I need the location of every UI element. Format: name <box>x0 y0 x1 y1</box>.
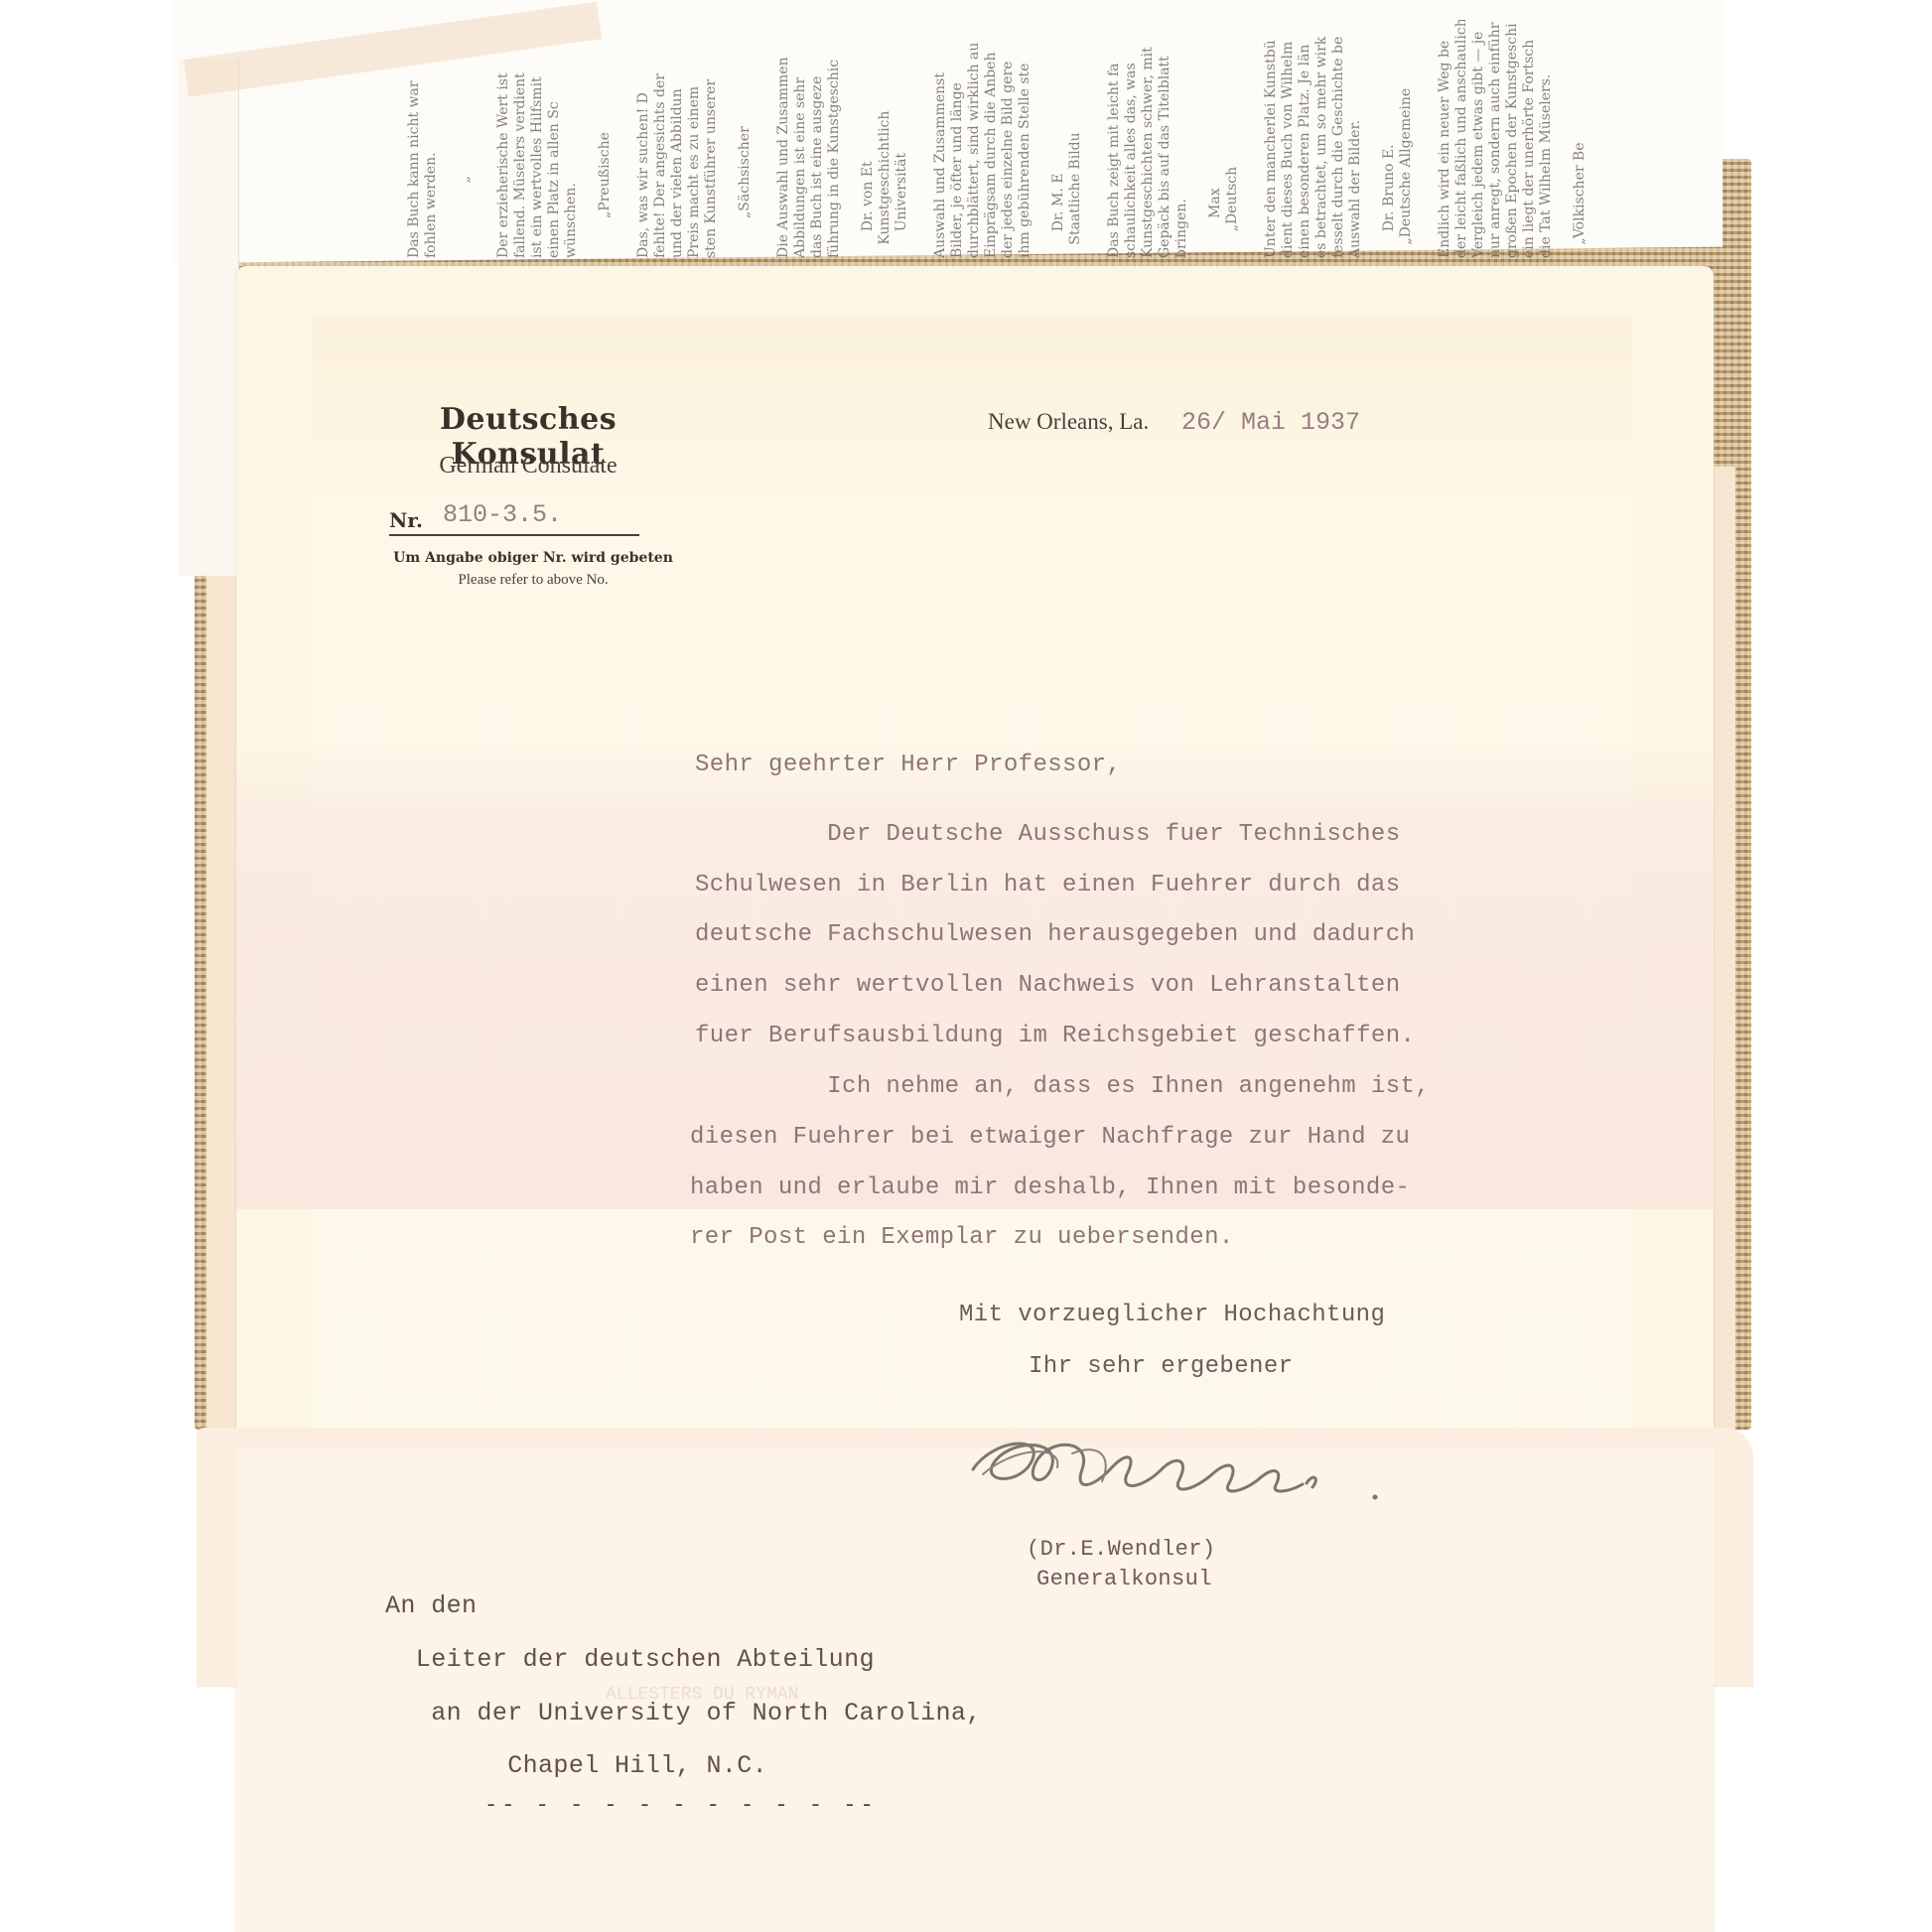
clipping-column: Unter den mancherlei Kunstbü dient diese… <box>1263 20 1415 258</box>
body-line: haben und erlaube mir deshalb, Ihnen mit… <box>690 1174 1410 1201</box>
clipping-column: Das, was wir suchen! D fehlte! Der anges… <box>635 20 754 258</box>
handwritten-signature <box>963 1430 1400 1519</box>
closing-line: Ihr sehr ergebener <box>1029 1353 1293 1380</box>
reference-note-german: Um Angabe obiger Nr. wird gebeten <box>359 550 707 566</box>
letter-lower-panel <box>236 1448 1714 1932</box>
address-line: Leiter der deutschen Abteilung <box>385 1645 875 1674</box>
address-underline: -- - - - - - - - - - -- <box>484 1793 878 1818</box>
body-line: diesen Fuehrer bei etwaiger Nachfrage zu… <box>690 1124 1410 1151</box>
clipping-left-edge <box>179 60 239 576</box>
clipping-column: Endlich wird ein neuer Weg be der leicht… <box>1437 20 1588 258</box>
address-line: Chapel Hill, N.C. <box>385 1751 767 1780</box>
reference-number-rule <box>389 534 639 536</box>
body-line: rer Post ein Exemplar zu uebersenden. <box>690 1224 1234 1251</box>
body-line: deutsche Fachschulwesen herausgegeben un… <box>695 921 1415 948</box>
clipping-column: Die Auswahl und Zusammen Abbildungen ist… <box>775 20 910 258</box>
address-line: an der University of North Carolina, <box>385 1699 982 1727</box>
signer-title: Generalkonsul <box>1036 1567 1212 1591</box>
reference-number: 810-3.5. <box>443 500 562 529</box>
salutation: Sehr geehrter Herr Professor, <box>695 752 1121 778</box>
closing-line: Mit vorzueglicher Hochachtung <box>959 1302 1385 1328</box>
reference-number-label: Nr. <box>389 508 423 532</box>
clipping-column: Auswahl und Zusammenst Bilder, je öfter … <box>932 20 1084 258</box>
clipping-column: Der erzieherische Wert ist fallend. Müse… <box>495 20 614 258</box>
reference-note-english: Please refer to above No. <box>359 572 707 589</box>
letter-place: New Orleans, La. <box>988 409 1149 435</box>
clipping-column: Das Buch zeigt mit leicht fa schaulichke… <box>1106 20 1241 258</box>
clipping-text-columns: Endlich wird ein neuer Weg be der leicht… <box>318 20 1588 258</box>
signer-name: (Dr.E.Wendler) <box>1027 1537 1215 1562</box>
address-line: An den <box>385 1591 477 1620</box>
clipping-column: Das Buch kann nicht war fohlen werden. „ <box>406 20 474 258</box>
letterhead-subtitle: German Consulate <box>369 453 687 480</box>
body-line: fuer Berufsausbildung im Reichsgebiet ge… <box>695 1023 1415 1049</box>
body-line: Schulwesen in Berlin hat einen Fuehrer d… <box>695 872 1401 898</box>
body-line: Der Deutsche Ausschuss fuer Technisches <box>695 821 1401 848</box>
letter-date: 26/ Mai 1937 <box>1181 408 1360 437</box>
body-line: Ich nehme an, dass es Ihnen angenehm ist… <box>695 1073 1430 1100</box>
body-line: einen sehr wertvollen Nachweis von Lehra… <box>695 972 1401 999</box>
